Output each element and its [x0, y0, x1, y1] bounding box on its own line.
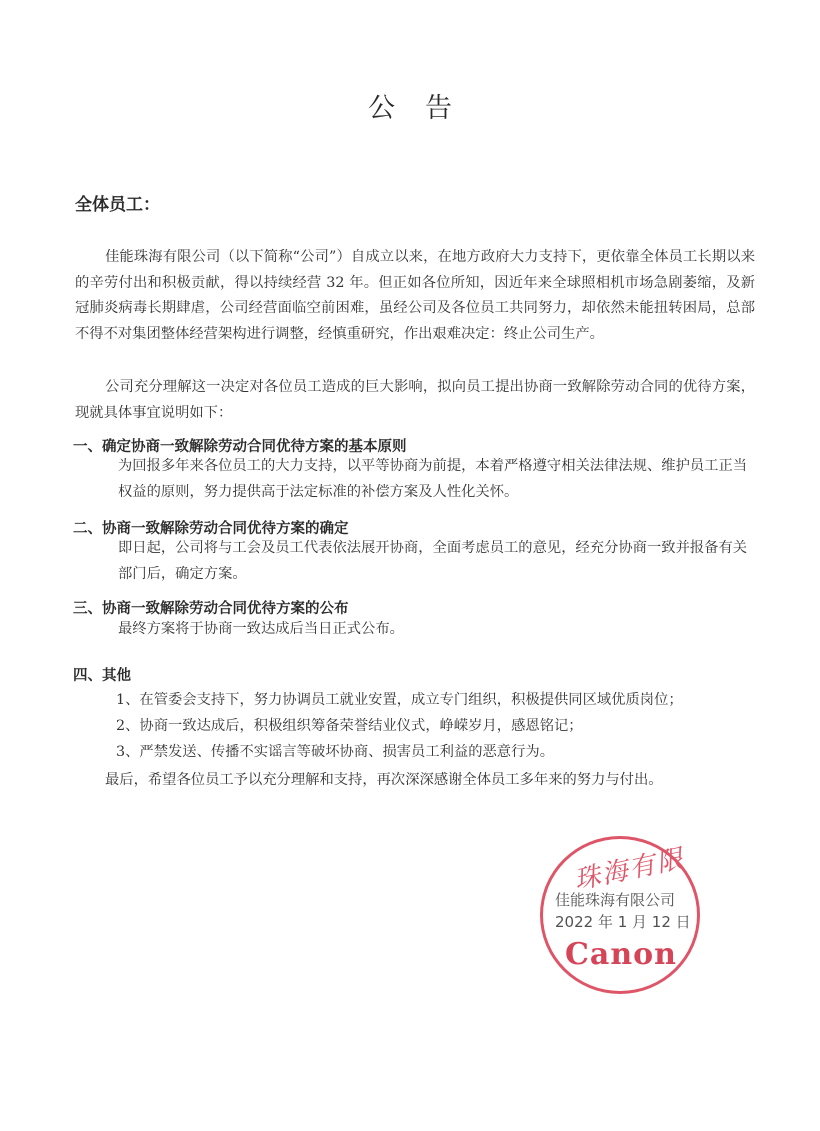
list-item: 1、在管委会支持下，努力协调员工就业安置，成立专门组织，积极提供同区域优质岗位； [116, 689, 683, 709]
intro-paragraph: 佳能珠海有限公司（以下简称“公司”）自成立以来，在地方政府大力支持下，更依靠全体… [75, 245, 755, 347]
section-1-heading: 一、确定协商一致解除劳动合同优待方案的基本原则 [73, 435, 407, 456]
company-seal-stamp: 珠海有限 佳能珠海有限公司 2022 年 1 月 12 日 Canon [540, 836, 700, 994]
signature-company: 佳能珠海有限公司 [555, 889, 675, 910]
section-2-heading: 二、协商一致解除劳动合同优待方案的确定 [73, 517, 349, 538]
section-3-text: 最终方案将于协商一致达成后当日正式公布。 [90, 617, 755, 643]
second-paragraph: 公司充分理解这一决定对各位员工造成的巨大影响，拟向员工提出协商一致解除劳动合同的… [75, 375, 755, 426]
list-item: 3、严禁发送、传播不实谣言等破坏协商、损害员工利益的恶意行为。 [116, 741, 554, 761]
section-3-heading: 三、协商一致解除劳动合同优待方案的公布 [73, 597, 349, 618]
document-title: 公告 [0, 86, 820, 125]
signature-date: 2022 年 1 月 12 日 [555, 911, 691, 932]
canon-logo: Canon [565, 937, 677, 972]
section-2-text: 即日起，公司将与工会及员工代表依法展开协商，全面考虑员工的意见，经充分协商一致并… [90, 536, 755, 587]
list-item: 2、协商一致达成后，积极组织筹备荣誉结业仪式，峥嵘岁月，感恩铭记； [116, 715, 583, 735]
section-2-body: 即日起，公司将与工会及员工代表依法展开协商，全面考虑员工的意见，经充分协商一致并… [90, 536, 755, 587]
section-1-text: 为回报多年来各位员工的大力支持，以平等协商为前提，本着严格遵守相关法律法规、维护… [90, 454, 755, 505]
section-1-body: 为回报多年来各位员工的大力支持，以平等协商为前提，本着严格遵守相关法律法规、维护… [90, 454, 755, 505]
salutation: 全体员工： [75, 190, 160, 215]
closing-paragraph: 最后，希望各位员工予以充分理解和支持，再次深深感谢全体员工多年来的努力与付出。 [75, 768, 775, 794]
announcement-page: 公告 全体员工： 佳能珠海有限公司（以下简称“公司”）自成立以来，在地方政府大力… [0, 0, 820, 1131]
section-3-body: 最终方案将于协商一致达成后当日正式公布。 [90, 617, 755, 643]
section-4-heading: 四、其他 [73, 664, 131, 685]
